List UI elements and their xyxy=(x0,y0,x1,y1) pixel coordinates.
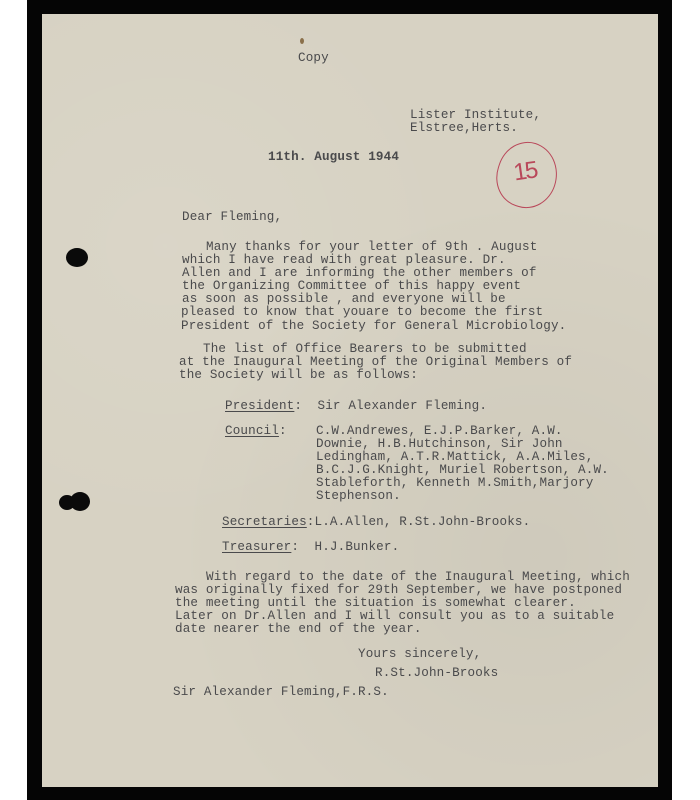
council-label: Council xyxy=(225,424,279,438)
punch-hole-top xyxy=(66,248,88,267)
punch-hole-bottom xyxy=(70,492,90,511)
paragraph3-line: date nearer the end of the year. xyxy=(175,623,422,637)
president-label: President xyxy=(225,399,294,413)
paragraph1-line: President of the Society for General Mic… xyxy=(181,320,566,334)
signature: R.St.John-Brooks xyxy=(375,667,498,681)
president-value: Sir Alexander Fleming. xyxy=(318,399,488,413)
council-line: Stephenson. xyxy=(316,490,401,504)
paragraph1-line: pleased to know that youare to become th… xyxy=(181,306,543,320)
paragraph2-line: the Society will be as follows: xyxy=(179,369,418,383)
paper-blemish xyxy=(300,38,304,44)
recipient: Sir Alexander Fleming,F.R.S. xyxy=(173,686,389,700)
colon: : xyxy=(294,399,317,413)
copy-marking: Copy xyxy=(298,52,329,66)
archive-number: 15 xyxy=(503,155,547,188)
colon: : xyxy=(291,540,314,554)
council-row: Council: xyxy=(225,425,287,439)
secretaries-row: Secretaries:L.A.Allen, R.St.John-Brooks. xyxy=(222,516,530,530)
treasurer-row: Treasurer: H.J.Bunker. xyxy=(222,541,399,555)
letter-date: 11th. August 1944 xyxy=(268,151,399,165)
president-row: President: Sir Alexander Fleming. xyxy=(225,400,487,414)
closing: Yours sincerely, xyxy=(358,648,481,662)
colon: : xyxy=(307,515,315,529)
address-line-2: Elstree,Herts. xyxy=(410,122,518,136)
secretaries-value: L.A.Allen, R.St.John-Brooks. xyxy=(315,515,531,529)
secretaries-label: Secretaries xyxy=(222,515,307,529)
colon: : xyxy=(279,424,287,438)
treasurer-label: Treasurer xyxy=(222,540,291,554)
treasurer-value: H.J.Bunker. xyxy=(315,540,400,554)
salutation: Dear Fleming, xyxy=(182,211,282,225)
